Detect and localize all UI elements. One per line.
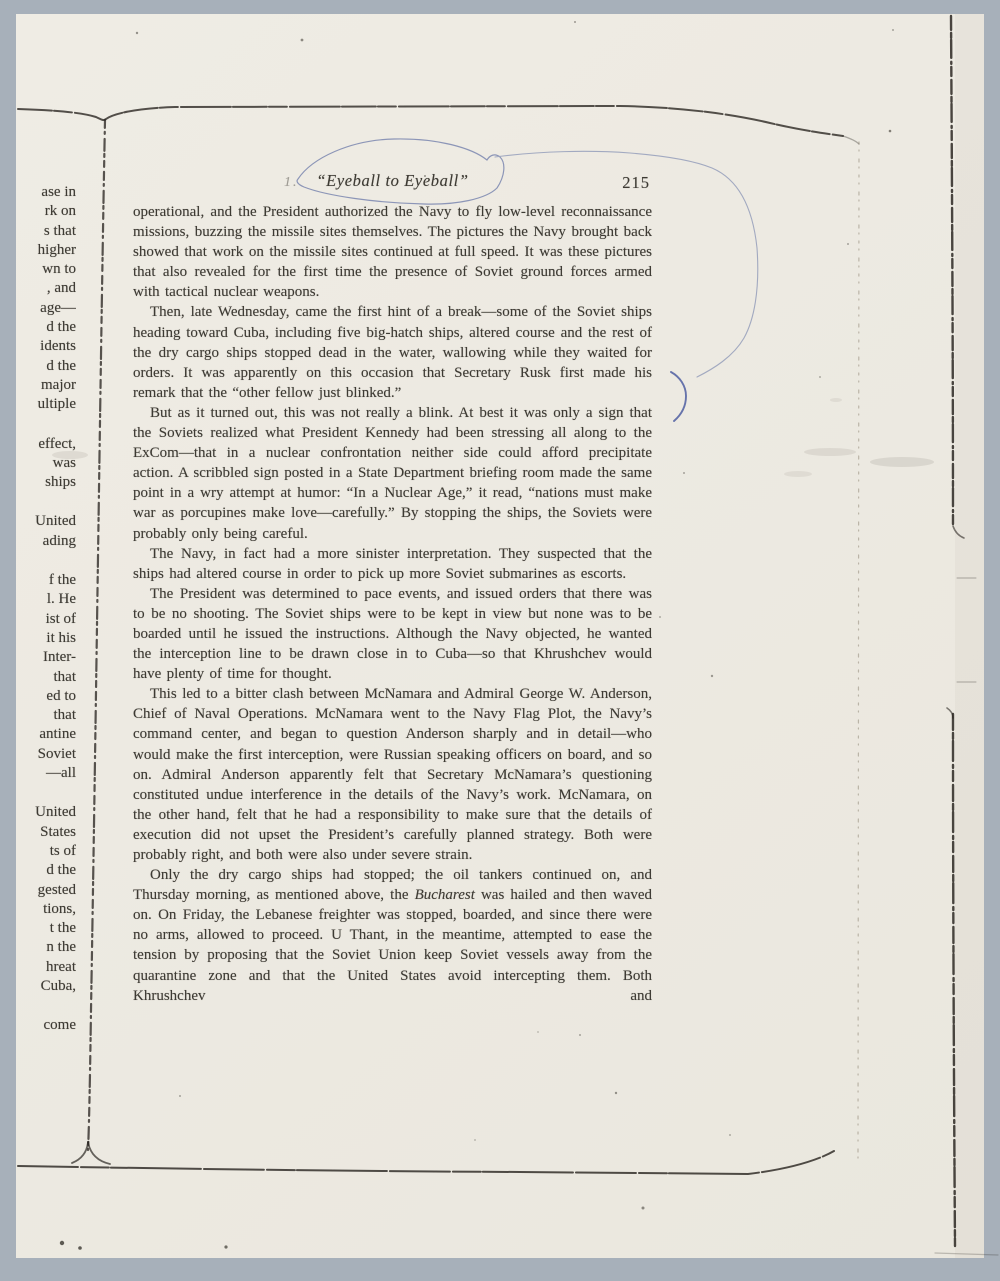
margin-fragment-line: d the bbox=[0, 318, 76, 337]
running-head: 1. “Eyeball to Eyeball” 215 bbox=[133, 171, 652, 202]
margin-fragment-line: n the bbox=[0, 938, 76, 957]
main-text-column: 1. “Eyeball to Eyeball” 215 operational,… bbox=[133, 171, 652, 1006]
paragraph: The President was determined to pace eve… bbox=[133, 584, 652, 684]
margin-fragment-line: antine bbox=[0, 725, 76, 744]
italic-ship-name: Bucharest bbox=[415, 887, 475, 903]
margin-fragment-line: Cuba, bbox=[0, 977, 76, 996]
paragraph-text: operational, and the President authorize… bbox=[133, 204, 652, 300]
margin-fragment-line: States bbox=[0, 823, 76, 842]
body-text: operational, and the President authorize… bbox=[133, 202, 652, 1006]
scanned-document-canvas: { "document_type": "photocopied book pag… bbox=[0, 0, 1000, 1281]
page-edge-shading bbox=[955, 14, 984, 1258]
margin-fragment-line: Inter- bbox=[0, 648, 76, 667]
margin-fragment-line: ist of bbox=[0, 610, 76, 629]
margin-fragment-line: come bbox=[0, 1016, 76, 1035]
paragraph: Only the dry cargo ships had stopped; th… bbox=[133, 865, 652, 1006]
margin-fragment-line: d the bbox=[0, 861, 76, 880]
margin-fragment-line: f the bbox=[0, 571, 76, 590]
margin-fragment-line: wn to bbox=[0, 260, 76, 279]
paragraph: Then, late Wednesday, came the first hin… bbox=[133, 302, 652, 402]
margin-fragment-line: ading bbox=[0, 532, 76, 551]
margin-fragment-line: gested bbox=[0, 881, 76, 900]
margin-fragment-line: major bbox=[0, 376, 76, 395]
margin-fragment-line: d the bbox=[0, 357, 76, 376]
margin-fragment-line: Soviet bbox=[0, 745, 76, 764]
margin-fragment-line: ed to bbox=[0, 687, 76, 706]
paragraph: But as it turned out, this was not reall… bbox=[133, 403, 652, 544]
page-header-title: “Eyeball to Eyeball” bbox=[133, 171, 652, 191]
margin-fragment-line: ts of bbox=[0, 842, 76, 861]
margin-fragment-line: , and bbox=[0, 279, 76, 298]
paragraph: operational, and the President authorize… bbox=[133, 202, 652, 302]
paragraph: This led to a bitter clash between McNam… bbox=[133, 684, 652, 865]
margin-fragment-line: United bbox=[0, 803, 76, 822]
margin-fragment-line: tions, bbox=[0, 900, 76, 919]
margin-fragment-line: idents bbox=[0, 337, 76, 356]
margin-fragment-line: that bbox=[0, 706, 76, 725]
margin-fragment-line: that bbox=[0, 668, 76, 687]
margin-fragment-line: higher bbox=[0, 241, 76, 260]
paragraph-text: This led to a bitter clash between McNam… bbox=[133, 686, 652, 863]
margin-fragment-line: age— bbox=[0, 299, 76, 318]
paragraph-text: Then, late Wednesday, came the first hin… bbox=[133, 304, 652, 400]
margin-fragment-line: ships bbox=[0, 473, 76, 492]
faded-chapter-mark: 1. bbox=[284, 175, 299, 191]
paragraph-text: The Navy, in fact had a more sinister in… bbox=[133, 546, 652, 582]
paragraph-text: The President was determined to pace eve… bbox=[133, 586, 652, 682]
page-number: 215 bbox=[622, 173, 650, 193]
margin-fragment-line: it his bbox=[0, 629, 76, 648]
margin-fragment-line: l. He bbox=[0, 590, 76, 609]
facing-page-margin-fragments: ase inrk ons thathigherwn to, andage—d t… bbox=[0, 183, 76, 1063]
margin-fragment-line: ase in bbox=[0, 183, 76, 202]
margin-fragment-line: t the bbox=[0, 919, 76, 938]
margin-fragment-line: s that bbox=[0, 222, 76, 241]
margin-fragment-line: hreat bbox=[0, 958, 76, 977]
margin-fragment-line: ultiple bbox=[0, 395, 76, 414]
margin-fragment-line: United bbox=[0, 512, 76, 531]
margin-fragment-line: effect, bbox=[0, 435, 76, 454]
margin-fragment-line: —all bbox=[0, 764, 76, 783]
paragraph: The Navy, in fact had a more sinister in… bbox=[133, 544, 652, 584]
paragraph-text: was hailed and then waved on. On Friday,… bbox=[133, 887, 652, 1003]
margin-fragment-line: was bbox=[0, 454, 76, 473]
paragraph-text: But as it turned out, this was not reall… bbox=[133, 405, 652, 542]
margin-fragment-line: rk on bbox=[0, 202, 76, 221]
